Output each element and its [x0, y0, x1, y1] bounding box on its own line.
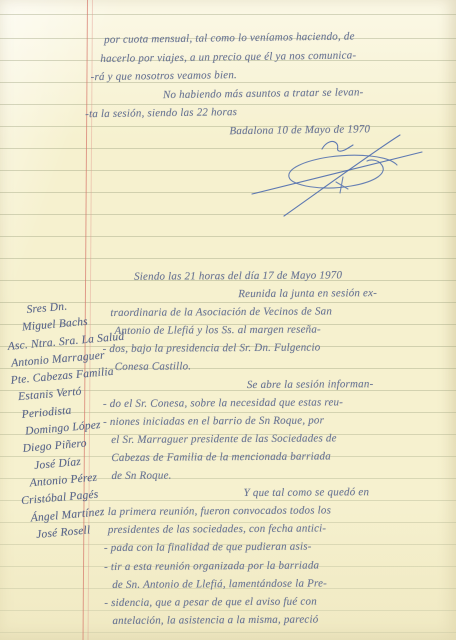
minutes-body-paragraphs: Siendo las 21 horas del día 17 de Mayo 1…: [106, 266, 453, 630]
handwritten-line: - sidencia, que a pesar de que el aviso …: [104, 591, 452, 612]
handwritten-line: traordinaria de la Asociación de Vecinos…: [110, 302, 450, 322]
handwritten-line: Se abre la sesión informan-: [247, 374, 451, 394]
handwritten-line: Reunida la junta en sesión ex-: [238, 284, 450, 304]
handwritten-line: de Sn. Antonio de Llefiá, lamentándose l…: [112, 573, 452, 593]
signature-scribble: [248, 132, 434, 218]
handwritten-line: de Sn Roque.: [111, 465, 451, 485]
handwritten-line: Siendo las 21 horas del día 17 de Mayo 1…: [134, 266, 450, 286]
handwritten-line: el Sr. Marraguer presidente de las Socie…: [111, 428, 451, 448]
handwritten-line: - niones iniciadas en el barrio de Sn Ro…: [103, 410, 451, 431]
handwritten-line: Cabezas de Familia de la mencionada barr…: [111, 447, 451, 467]
handwritten-line: Y que tal como se quedó en: [244, 483, 452, 503]
handwritten-line: - pada con la finalidad de que pudieran …: [104, 537, 452, 558]
handwritten-line: - dos, bajo la presidencia del Sr. Dn. F…: [103, 338, 451, 359]
handwritten-line: - tir a esta reunión organizada por la b…: [104, 555, 452, 576]
handwritten-line: presidentes de las sociedades, con fecha…: [108, 519, 452, 539]
handwritten-line: la primera reunión, fueron convocados to…: [108, 501, 452, 521]
minutes-closing-paragraph: por cuota mensual, tal como lo veníamos …: [100, 26, 450, 142]
handwritten-line: antelación, la asistencia a la misma, pa…: [112, 609, 452, 629]
scanned-notebook-page: por cuota mensual, tal como lo veníamos …: [0, 0, 456, 640]
handwritten-line: Conesa Castillo.: [115, 356, 451, 376]
handwritten-line: - do el Sr. Conesa, sobre la necesidad q…: [103, 392, 451, 413]
handwritten-line: Antonio de Llefiá y los Ss. al margen re…: [114, 320, 450, 340]
